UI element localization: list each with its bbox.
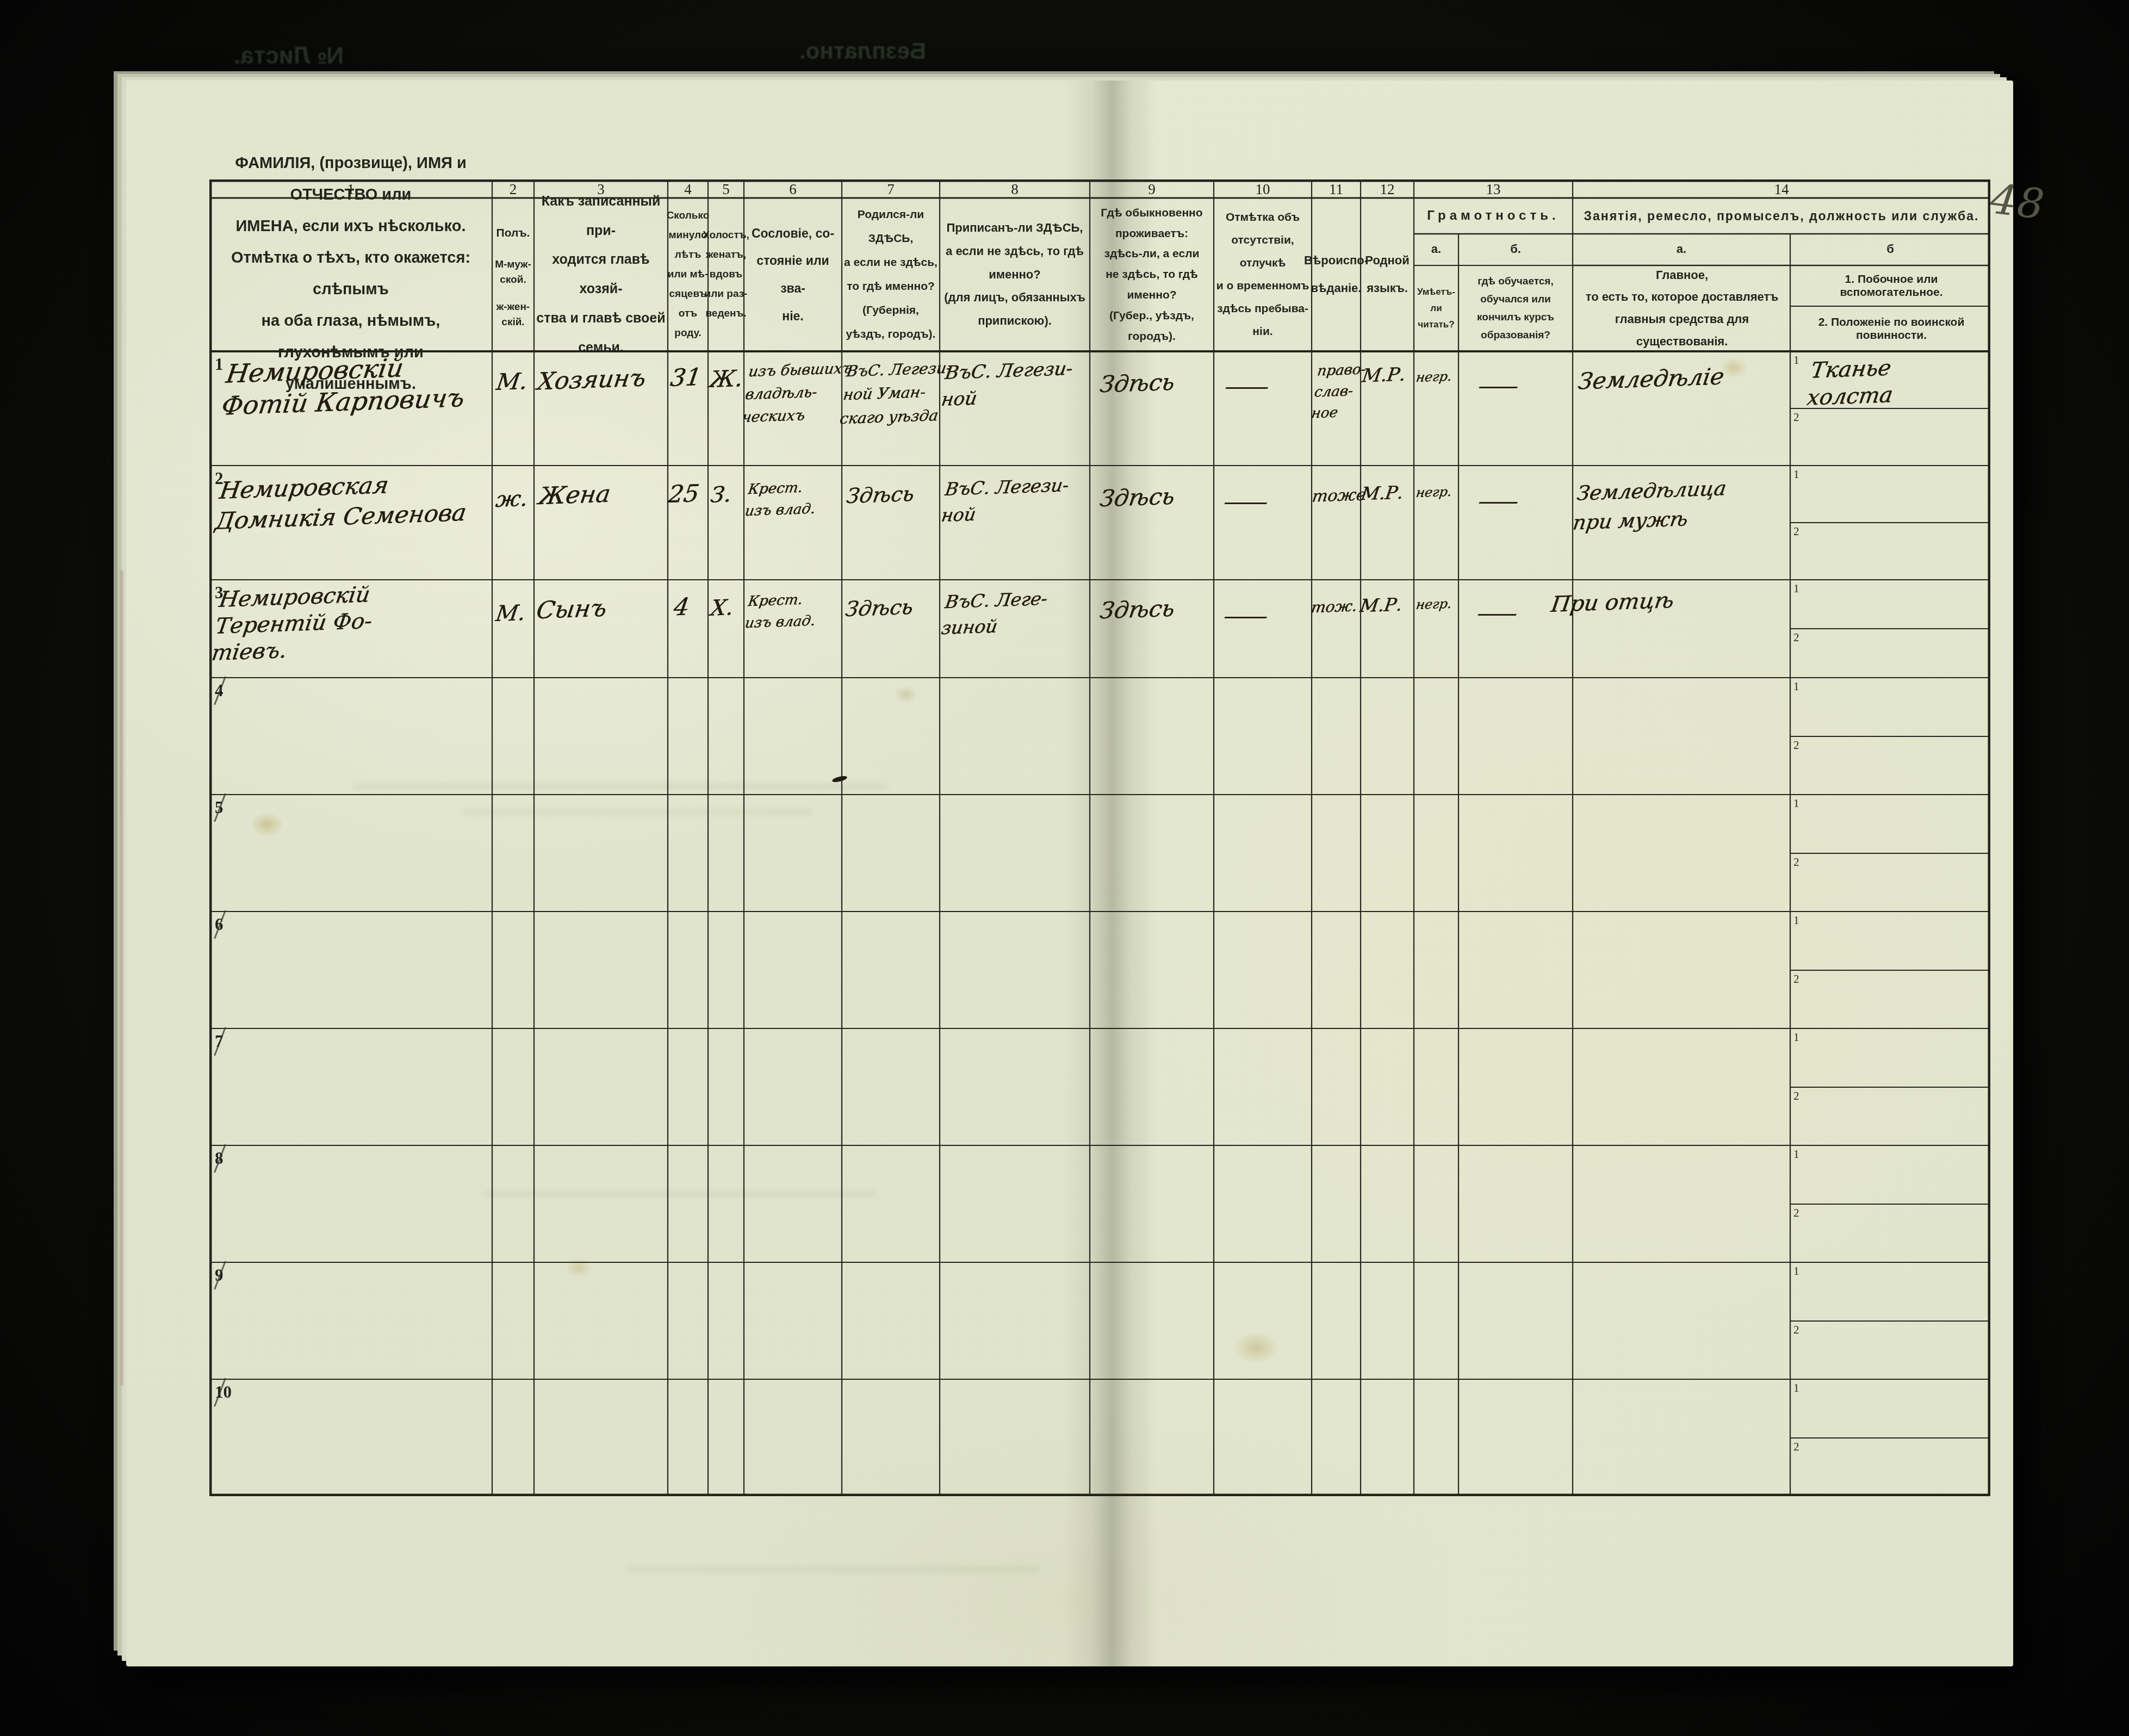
header-relation-col: Какъ записанный при- ходится главѣ хозяй… bbox=[536, 203, 666, 346]
row-number-9: 9 bbox=[215, 1266, 247, 1285]
subrow-label: 2 bbox=[1793, 739, 1799, 752]
bleedthrough-free-price: Безплатно. bbox=[799, 38, 926, 64]
hw-r1-estate: изъ бывшихъ владѣль- ческихъ bbox=[741, 357, 854, 429]
header-occupation-title: Занятія, ремесло, промыселъ, должность и… bbox=[1574, 200, 1989, 232]
hw-r1-birthplace: ВъС. Легези- ной Уман- скаго уѣзда bbox=[838, 356, 953, 431]
hw-r3-estate: Крест. изъ влад. bbox=[743, 588, 820, 635]
subrow-label: 2 bbox=[1793, 1206, 1799, 1220]
row-number-7: 7 bbox=[215, 1032, 247, 1051]
col-number-8: 8 bbox=[940, 179, 1090, 198]
hw-r1-literacy: негр. bbox=[1415, 368, 1453, 386]
subrow-label: 1 bbox=[1793, 680, 1799, 693]
page-number: 48 bbox=[1988, 174, 2048, 229]
header-name-col: ФАМИЛІЯ, (прозвище), ИМЯ и ОТЧЕСТВО или … bbox=[215, 201, 487, 346]
hw-r3-religion: тож. bbox=[1309, 597, 1358, 618]
subrow-label: 2 bbox=[1793, 972, 1799, 986]
subrow-label: 2 bbox=[1793, 411, 1799, 424]
hw-r1-absence: — bbox=[1221, 371, 1273, 402]
header-literacy-a-text: Умѣетъ- ли читать? bbox=[1414, 268, 1458, 349]
hw-r1-literacy-b: — bbox=[1475, 372, 1522, 400]
hw-r2-language: М.Р. bbox=[1360, 481, 1405, 506]
row-number-5: 5 bbox=[215, 798, 247, 817]
subrow-label: 2 bbox=[1793, 1089, 1799, 1103]
row-number-10: 10 bbox=[215, 1382, 247, 1402]
col-number-6: 6 bbox=[744, 179, 842, 198]
hw-r3-occupation: При отцѣ bbox=[1549, 586, 1676, 619]
subrow-label: 2 bbox=[1793, 631, 1799, 644]
subrow-label: 1 bbox=[1793, 914, 1799, 927]
hw-r2-estate: Крест. изъ влад. bbox=[743, 476, 820, 523]
hw-r2-relation: Жена bbox=[537, 479, 613, 512]
hw-r3-language: М.Р. bbox=[1358, 593, 1404, 618]
header-occupation-a-label: а. bbox=[1574, 235, 1789, 263]
header-sex-title: Полъ. bbox=[493, 223, 533, 244]
hw-r3-sex: М. bbox=[494, 599, 527, 628]
hw-r2-age: 25 bbox=[666, 478, 701, 510]
hw-r2-registration: ВъС. Легези- ной bbox=[940, 472, 1071, 529]
header-birthplace-col: Родился-ли ЗДѢСЬ, а если не здѣсь, то гд… bbox=[843, 203, 938, 346]
hw-r2-birthplace: Здѣсь bbox=[845, 481, 916, 510]
header-literacy-a-label: а. bbox=[1416, 235, 1457, 263]
subrow-label: 1 bbox=[1793, 1031, 1799, 1044]
header-literacy-b-text: гдѣ обучается, обучался или кончилъ курс… bbox=[1460, 268, 1571, 349]
subrow-label: 1 bbox=[1793, 468, 1799, 481]
subrow-label: 1 bbox=[1793, 1148, 1799, 1161]
header-literacy-title: Грамотность. bbox=[1416, 200, 1571, 232]
header-sex-female: ж-жен- скій. bbox=[493, 298, 533, 332]
col-number-12: 12 bbox=[1361, 179, 1414, 198]
header-language-col: Родной языкъ. bbox=[1362, 203, 1412, 346]
hw-r3-literacy: негр. bbox=[1415, 596, 1453, 613]
header-marital-col: Холостъ, женатъ, вдовъ или раз- веденъ. bbox=[709, 203, 743, 346]
hw-r1-relation: Хозяинъ bbox=[535, 363, 648, 398]
subrow-label: 1 bbox=[1793, 354, 1799, 367]
hw-r2-residence: Здѣсь bbox=[1098, 482, 1177, 514]
col-number-2: 2 bbox=[492, 179, 534, 198]
subrow-label: 2 bbox=[1793, 855, 1799, 869]
subrow-label: 2 bbox=[1793, 525, 1799, 538]
hw-r3-registration: ВъС. Леге- зиной bbox=[940, 586, 1049, 641]
hw-r2-marital: З. bbox=[709, 480, 733, 509]
subrow-label: 1 bbox=[1793, 1264, 1799, 1278]
header-occupation-a-text: Главное, то есть то, которое доставляетъ… bbox=[1577, 268, 1787, 349]
header-age-col: Сколько минуло лѣтъ или мѣ- сяцевъ отъ р… bbox=[669, 203, 707, 346]
col-number-4: 4 bbox=[668, 179, 708, 198]
hw-r1-sex: М. bbox=[494, 367, 529, 398]
header-residence-col: Гдѣ обыкновенно проживаетъ: здѣсь-ли, а … bbox=[1091, 203, 1212, 346]
under-sheet-edge bbox=[120, 570, 123, 1386]
header-registration-col: Приписанъ-ли ЗДѢСЬ, а если не здѣсь, то … bbox=[941, 203, 1088, 346]
hw-r2-absence: — bbox=[1220, 486, 1271, 517]
hw-r1-marital: Ж. bbox=[707, 364, 745, 395]
subrow-label: 1 bbox=[1793, 797, 1799, 810]
header-occupation-b1-text: 1. Побочное или вспомогательное. bbox=[1795, 269, 1988, 303]
hw-r3-marital: Х. bbox=[709, 593, 735, 622]
subrow-label: 1 bbox=[1793, 582, 1799, 596]
col-number-10: 10 bbox=[1214, 179, 1312, 198]
col-number-5: 5 bbox=[708, 179, 744, 198]
row-number-8: 8 bbox=[215, 1149, 247, 1168]
hw-r2-literacy-b: — bbox=[1475, 487, 1522, 516]
col-number-11: 11 bbox=[1312, 179, 1361, 198]
hw-r2-literacy: негр. bbox=[1415, 483, 1453, 501]
hw-r3-literacy-b: — bbox=[1474, 599, 1520, 628]
hw-r2-occupation: Земледѣлица при мужѣ bbox=[1571, 474, 1728, 537]
hw-r1-side-occupation: Тканье холста bbox=[1805, 354, 1898, 411]
hw-r1-occupation: Земледѣліе bbox=[1576, 362, 1725, 396]
header-occupation-b-label: б bbox=[1792, 235, 1989, 263]
hw-r1-age: 31 bbox=[668, 362, 703, 394]
header-literacy-b-label: б. bbox=[1460, 235, 1571, 263]
hw-r2-name: Немировская Домникія Семенова bbox=[213, 468, 473, 537]
hw-r1-residence: Здѣсь bbox=[1098, 368, 1177, 400]
subrow-label: 1 bbox=[1793, 1381, 1799, 1395]
hw-r1-name: Немировскій Фотій Карповичъ bbox=[219, 350, 470, 423]
subrow-label: 2 bbox=[1793, 1440, 1799, 1454]
subrow-label: 2 bbox=[1793, 1323, 1799, 1337]
scan-background: № Листа. Безплатно. ПЕРВАЯ ВСЕОБЩАЯ ПЕРЕ… bbox=[0, 0, 2129, 1736]
hw-r3-name: Немировскій Терентій Фо- тіевъ. bbox=[210, 581, 377, 666]
bleedthrough-sheet-no: № Листа. bbox=[234, 42, 344, 70]
hw-r1-religion: право- слав- ное bbox=[1309, 359, 1367, 424]
header-occupation-b2-text: 2. Положеніе по воинской повинности. bbox=[1795, 310, 1988, 348]
hw-r3-relation: Сынъ bbox=[535, 593, 609, 627]
census-table: 1 2 3 4 5 6 7 8 9 10 11 12 13 14 ФАМИЛІЯ… bbox=[209, 179, 1990, 1496]
hw-r3-birthplace: Здѣсь bbox=[843, 594, 915, 623]
header-estate-col: Сословіе, со- стояніе или зва- ніе. bbox=[746, 203, 840, 346]
header-absence-col: Отмѣтка объ отсутствіи, отлучкѣ и о врем… bbox=[1215, 203, 1310, 346]
hw-r3-absence: — bbox=[1220, 600, 1271, 631]
hw-r2-sex: ж. bbox=[494, 485, 530, 514]
hw-r3-residence: Здѣсь bbox=[1098, 594, 1177, 626]
col-number-14: 14 bbox=[1573, 179, 1990, 198]
row-number-6: 6 bbox=[215, 915, 247, 934]
census-sheet: 48 bbox=[126, 80, 2013, 1666]
col-number-7: 7 bbox=[842, 179, 940, 198]
hw-r1-registration: ВъС. Легези- ной bbox=[939, 356, 1074, 414]
hw-r2-religion: тоже bbox=[1311, 484, 1367, 507]
header-religion-col: Вѣроиспо- вѣданіе. bbox=[1313, 203, 1359, 346]
col-number-13: 13 bbox=[1414, 179, 1573, 198]
bleedthrough-blur bbox=[626, 1566, 1040, 1572]
col-number-9: 9 bbox=[1090, 179, 1214, 198]
row-number-4: 4 bbox=[215, 681, 247, 700]
header-sex-male: М-муж- ской. bbox=[493, 256, 533, 289]
hw-r1-language: М.Р. bbox=[1361, 363, 1407, 388]
